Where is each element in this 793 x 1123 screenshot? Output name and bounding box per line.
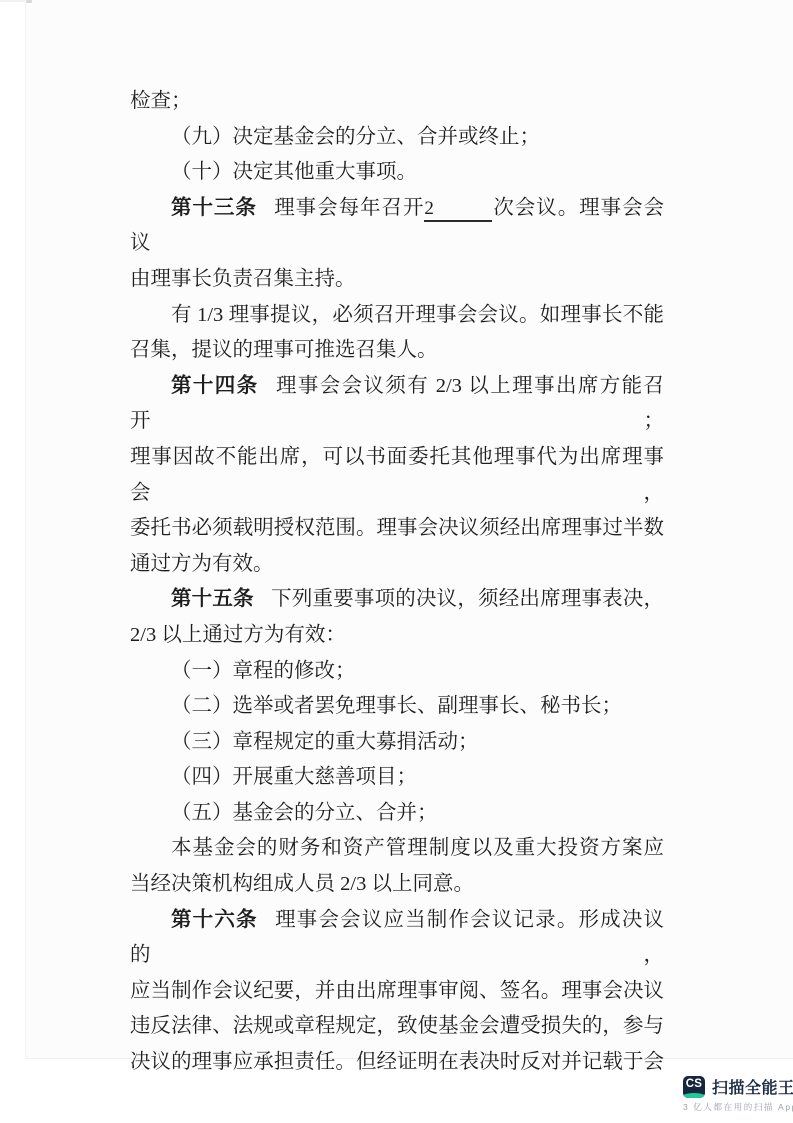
document-line: （四）开展重大慈善项目； (130, 760, 664, 796)
document-line: 检查； (130, 84, 664, 120)
line-text: 决议的理事应承担责任。但经证明在表决时反对并记载于会 (130, 1051, 664, 1073)
document-line: 委托书必须载明授权范围。理事会决议须经出席理事过半数 (130, 511, 664, 547)
document-text: 检查；（九）决定基金会的分立、合并或终止；（十）决定其他重大事项。第十三条理事会… (130, 84, 664, 1081)
document-line: 本基金会的财务和资产管理制度以及重大投资方案应 (130, 831, 664, 867)
document-line: 召集，提议的理事可推选召集人。 (130, 333, 664, 369)
line-text: 理事会每年召开 (274, 197, 424, 219)
article-number: 第十六条 (171, 909, 258, 931)
document-line: 第十三条理事会每年召开2次会议。理事会会议 (130, 191, 664, 262)
line-text: （三）章程规定的重大募捐活动； (171, 731, 479, 753)
document-line: 通过方为有效。 (130, 547, 664, 583)
line-text: 通过方为有效。 (130, 553, 274, 575)
line-text: 召集，提议的理事可推选召集人。 (130, 339, 438, 361)
document-line: 第十六条理事会会议应当制作会议记录。形成决议的， (130, 903, 664, 974)
document-line: （三）章程规定的重大募捐活动； (130, 725, 664, 761)
line-text: 2/3 以上通过方为有效： (130, 624, 346, 646)
line-text: 下列重要事项的决议，须经出席理事表决， (271, 588, 664, 610)
document-line: 第十五条下列重要事项的决议，须经出席理事表决， (130, 582, 664, 618)
line-text: 由理事长负责召集主持。 (130, 268, 356, 290)
filled-blank-underline: 2 (424, 199, 492, 222)
camscanner-app-icon: CS (683, 1076, 705, 1098)
scan-artifact-speck (26, 0, 32, 3)
line-text: 检查； (130, 90, 192, 112)
line-text: 本基金会的财务和资产管理制度以及重大投资方案应 (171, 837, 664, 859)
document-line: 决议的理事应承担责任。但经证明在表决时反对并记载于会 (130, 1045, 664, 1081)
line-text: （十）决定其他重大事项。 (171, 161, 417, 183)
document-line: （十）决定其他重大事项。 (130, 155, 664, 191)
line-text: 违反法律、法规或章程规定，致使基金会遭受损失的，参与 (130, 1015, 664, 1037)
document-line: （二）选举或者罢免理事长、副理事长、秘书长； (130, 689, 664, 725)
document-line: 理事因故不能出席，可以书面委托其他理事代为出席理事会， (130, 440, 664, 511)
line-text: 理事因故不能出席，可以书面委托其他理事代为出席理事会， (130, 446, 664, 504)
line-text: 有 1/3 理事提议，必须召开理事会会议。如理事长不能 (171, 304, 664, 326)
article-number: 第十三条 (171, 197, 257, 219)
camscanner-app-name: 扫描全能王™ (712, 1075, 793, 1098)
document-line: 当经决策机构组成人员 2/3 以上同意。 (130, 867, 664, 903)
document-line: （一）章程的修改； (130, 654, 664, 690)
line-text: 委托书必须载明授权范围。理事会决议须经出席理事过半数 (130, 517, 664, 539)
document-line: 第十四条理事会会议须有 2/3 以上理事出席方能召开； (130, 369, 664, 440)
line-text: （四）开展重大慈善项目； (171, 766, 417, 788)
line-text: （九）决定基金会的分立、合并或终止； (171, 126, 540, 148)
document-line: 应当制作会议纪要，并由出席理事审阅、签名。理事会决议 (130, 974, 664, 1010)
line-text: 当经决策机构组成人员 2/3 以上同意。 (130, 873, 474, 895)
camscanner-watermark: CS 扫描全能王™ 3 亿人都在用的扫描 App (683, 1075, 793, 1113)
line-text: （一）章程的修改； (171, 660, 356, 682)
document-line: 由理事长负责召集主持。 (130, 262, 664, 298)
article-number: 第十四条 (171, 375, 259, 397)
camscanner-tagline: 3 亿人都在用的扫描 App (683, 1101, 793, 1113)
line-text: 应当制作会议纪要，并由出席理事审阅、签名。理事会决议 (130, 980, 664, 1002)
document-line: （九）决定基金会的分立、合并或终止； (130, 120, 664, 156)
document-line: 2/3 以上通过方为有效： (130, 618, 664, 654)
watermark-logo-row: CS 扫描全能王™ (683, 1075, 793, 1098)
app-name-text: 扫描全能王 (712, 1080, 793, 1097)
article-number: 第十五条 (171, 588, 254, 610)
line-text: （五）基金会的分立、合并； (171, 802, 438, 824)
document-line: 违反法律、法规或章程规定，致使基金会遭受损失的，参与 (130, 1009, 664, 1045)
cs-icon-letters: CS (686, 1078, 703, 1090)
line-text: （二）选举或者罢免理事长、副理事长、秘书长； (171, 695, 622, 717)
document-line: （五）基金会的分立、合并； (130, 796, 664, 832)
document-line: 有 1/3 理事提议，必须召开理事会会议。如理事长不能 (130, 298, 664, 334)
